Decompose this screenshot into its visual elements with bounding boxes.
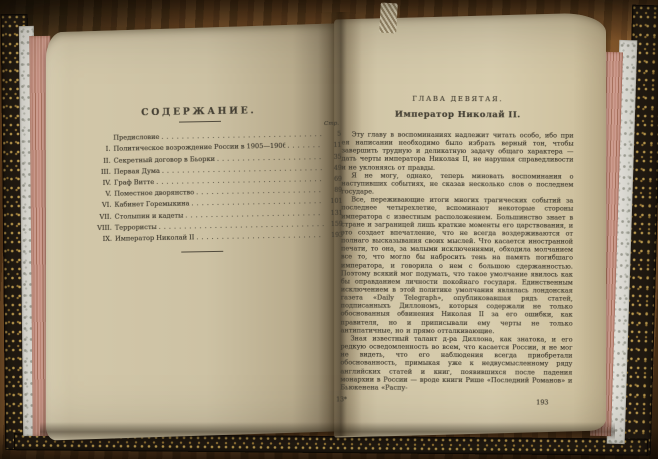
toc-entry-label: Предисловие <box>113 133 159 142</box>
toc-entry-numeral: II. <box>84 156 114 165</box>
toc-entry-page: 49 <box>325 165 342 172</box>
toc-entry-label: Граф Витте <box>114 178 154 187</box>
dot-leader: ........................................… <box>196 187 323 196</box>
body-paragraph: Эту главу в воспоминаниях надлежит читат… <box>341 130 573 172</box>
toc-entry-numeral: IV. <box>84 179 114 188</box>
page-number: 193 <box>536 398 548 406</box>
toc-entry-page: 35 <box>325 153 342 160</box>
toc-entry-label: Политическое возрождение России в 1905—1… <box>113 142 285 153</box>
page-bottom-shadow <box>40 422 615 440</box>
toc-entry-numeral: IX. <box>85 235 115 244</box>
dot-leader: ........................................… <box>162 165 323 175</box>
body-paragraph: Зная известный талант д-ра Диллона, как … <box>340 334 572 392</box>
toc-entry-numeral: VIII. <box>85 223 115 232</box>
body-paragraph: Я не могу, однако, теперь миновать воспо… <box>341 171 573 197</box>
toc-entry-numeral: VII. <box>85 212 115 221</box>
dot-leader: ........................................… <box>161 131 322 141</box>
toc-entry-label: Террористы <box>115 223 157 232</box>
chapter-page: ГЛАВА ДЕВЯТАЯ. Император Николай II. Эту… <box>340 94 574 409</box>
toc-entry-numeral: III. <box>84 167 114 176</box>
toc-entry-page: 69 <box>325 176 342 183</box>
toc-entry-page: 89 <box>325 187 342 194</box>
spine-headband <box>379 3 398 34</box>
signature-mark: 13* <box>336 396 347 403</box>
toc-entry-page: 131 <box>326 209 343 216</box>
toc-entry-label: Поместное дворянство <box>114 188 194 197</box>
toc-entry-numeral: V. <box>84 190 114 199</box>
toc-entry-page: 5 <box>324 131 341 138</box>
toc-entry-numeral: VI. <box>84 201 114 210</box>
toc-entry-page: 11 <box>324 142 341 149</box>
dot-leader: ........................................… <box>156 176 323 186</box>
toc-entry-label: Император Николай II <box>115 233 194 242</box>
toc-entry-numeral: I. <box>83 145 113 154</box>
chapter-heading: ГЛАВА ДЕВЯТАЯ. <box>342 94 574 103</box>
dot-leader: ........................................… <box>217 154 323 163</box>
toc-entry-label: Первая Дума <box>114 167 160 176</box>
toc-entry-label: Секретный договор в Бьорки <box>114 155 216 165</box>
dot-leader: ........................................… <box>287 142 322 150</box>
body-paragraph: Все, переживающие итоги многих трагическ… <box>341 196 574 336</box>
toc-entry-label: Кабинет Горемыкина <box>114 200 189 209</box>
toc-entry-page: 101 <box>325 198 342 205</box>
toc-entry-numeral <box>83 140 113 141</box>
book-photo: СОДЕРЖАНИЕ. Стр. Предисловие ...........… <box>0 0 658 459</box>
dot-leader: ........................................… <box>191 198 323 207</box>
dot-leader: ........................................… <box>159 221 324 231</box>
dot-leader: ........................................… <box>185 210 323 219</box>
page-footer: 13* 193 <box>340 396 572 409</box>
table-of-contents: СОДЕРЖАНИЕ. Стр. Предисловие ...........… <box>83 104 344 256</box>
dot-leader: ........................................… <box>196 232 324 241</box>
chapter-title: Император Николай II. <box>342 109 574 120</box>
ornament-rule-bottom <box>181 251 223 253</box>
toc-entry-label: Столыпин и кадеты <box>115 211 184 220</box>
